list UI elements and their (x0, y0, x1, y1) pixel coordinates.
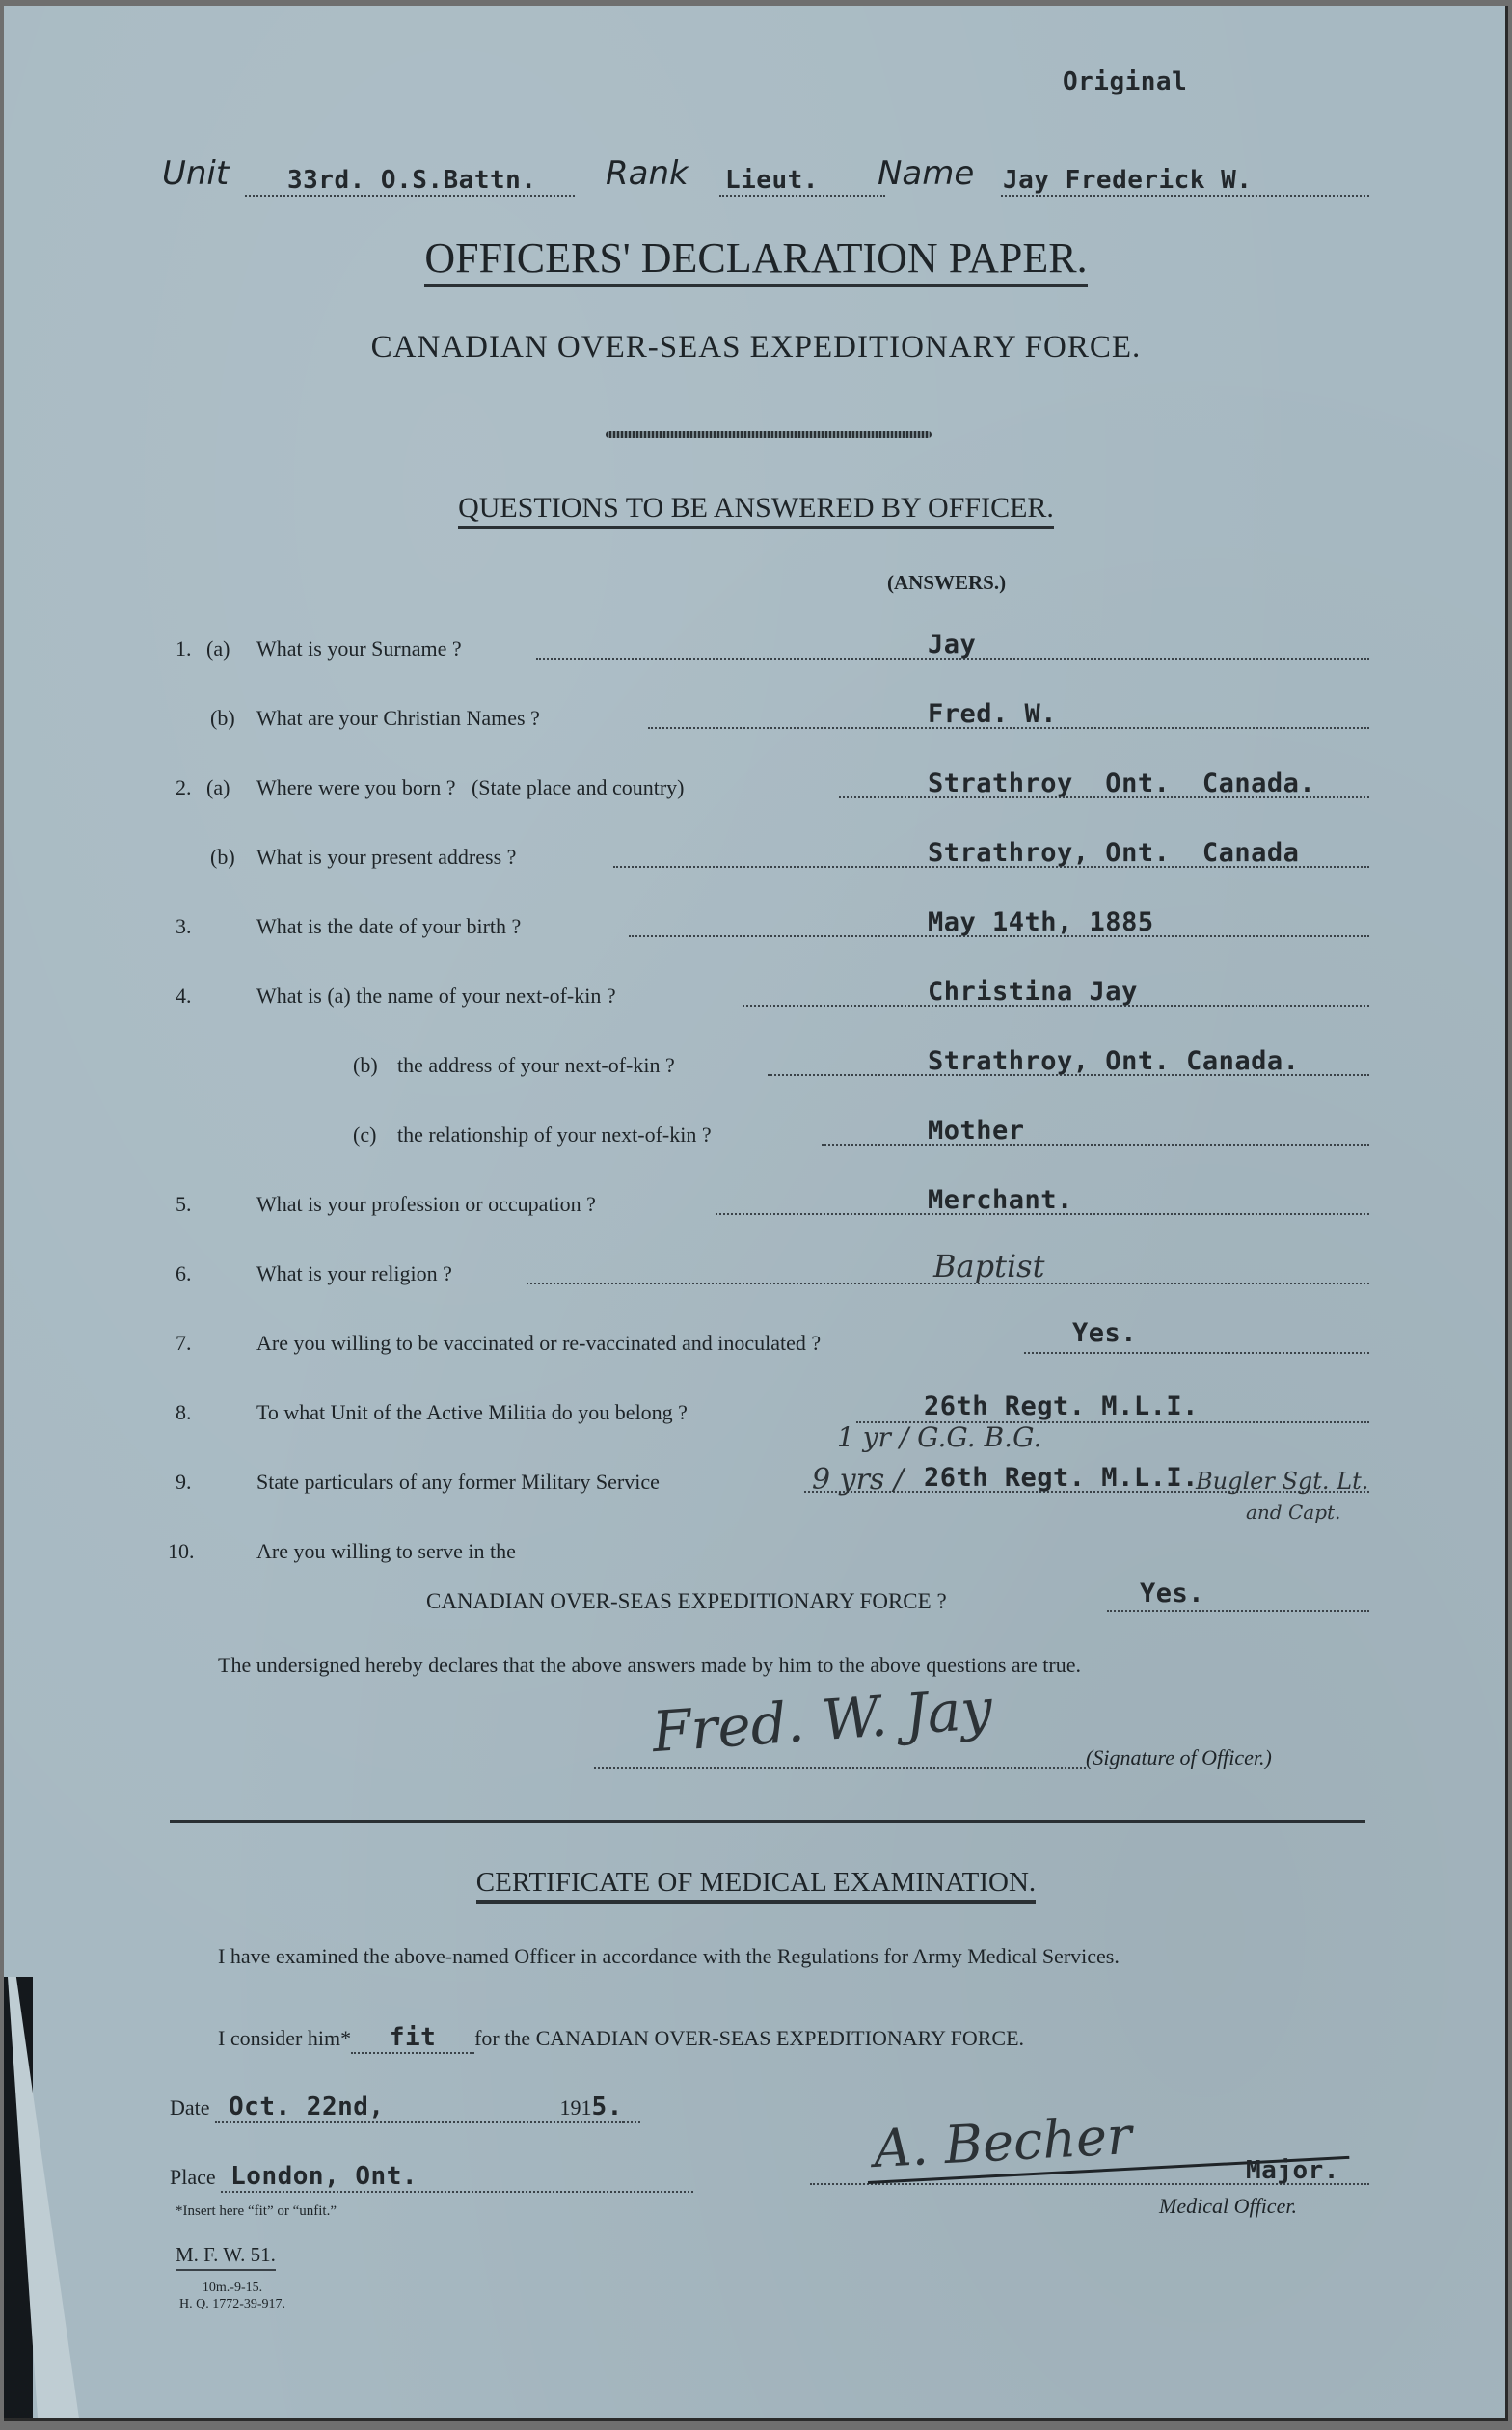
handwritten-below-note: and Capt. (1246, 1500, 1340, 1524)
question-row: 1. (a) What is your Surname ? Jay (0, 629, 1512, 667)
name-value: Jay Frederick W. (1003, 166, 1252, 195)
question-row: (c) the relationship of your next-of-kin… (0, 1115, 1512, 1153)
answer-vaccination: Yes. (1072, 1318, 1137, 1348)
answer-occupation: Merchant. (928, 1185, 1073, 1215)
handwritten-rank-note: Bugler Sgt. Lt. (1196, 1468, 1368, 1495)
answer-willing-to-serve: Yes. (1140, 1579, 1204, 1608)
medical-officer-label: Medical Officer. (1159, 2194, 1297, 2219)
page-subtitle: CANADIAN OVER-SEAS EXPEDITIONARY FORCE. (0, 330, 1512, 365)
question-row: 2. (a) Where were you born ? (State plac… (0, 768, 1512, 806)
question-row: CANADIAN OVER-SEAS EXPEDITIONARY FORCE ?… (0, 1581, 1512, 1620)
date-field: Date Oct. 22nd, 1915. (170, 2092, 640, 2123)
answer-birth-date: May 14th, 1885 (928, 907, 1154, 937)
form-code: M. F. W. 51. (175, 2243, 276, 2271)
question-row: (b) the address of your next-of-kin ? St… (0, 1045, 1512, 1084)
answer-surname: Jay (928, 630, 976, 660)
question-row: 8. To what Unit of the Active Militia do… (0, 1392, 1512, 1431)
place-field: Place London, Ont. (170, 2162, 693, 2193)
unit-value: 33rd. O.S.Battn. (287, 166, 536, 195)
question-row: 7. Are you willing to be vaccinated or r… (0, 1323, 1512, 1362)
question-row: 6. What is your religion ? Baptist (0, 1254, 1512, 1292)
question-row: 3. What is the date of your birth ? May … (0, 906, 1512, 945)
print-code: 10m.-9-15. H. Q. 1772-39-917. (179, 2280, 285, 2312)
question-row: 5. What is your profession or occupation… (0, 1184, 1512, 1223)
year-value: 5. (592, 2092, 640, 2123)
answer-birthplace: Strathroy Ont. Canada. (928, 769, 1315, 798)
answer-christian-names: Fred. W. (928, 699, 1057, 729)
answer-religion: Baptist (933, 1248, 1044, 1284)
header-fields: Unit 33rd. O.S.Battn. Rank Lieut. Name J… (162, 152, 1369, 197)
answers-label: (ANSWERS.) (887, 571, 1006, 595)
medical-officer-rank: Major. (1246, 2156, 1339, 2185)
decorative-rule (606, 431, 931, 438)
question-row: 4. What is (a) the name of your next-of-… (0, 976, 1512, 1014)
answer-present-address: Strathroy, Ont. Canada (928, 838, 1299, 868)
question-row: 10. Are you willing to serve in the (0, 1531, 1512, 1570)
handwritten-years-note: 9 yrs / (812, 1463, 904, 1497)
name-label: Name (877, 154, 974, 193)
copy-label: Original (1063, 67, 1187, 96)
rank-label: Rank (606, 154, 688, 193)
fitness-statement: I consider him*fitfor the CANADIAN OVER-… (218, 2023, 1024, 2054)
declaration-text: The undersigned hereby declares that the… (170, 1651, 1371, 1679)
medical-statement: I have examined the above-named Officer … (170, 1942, 1371, 1970)
answer-next-of-kin-address: Strathroy, Ont. Canada. (928, 1046, 1299, 1076)
answer-militia-unit: 26th Regt. M.L.I. (924, 1391, 1199, 1421)
fitness-value: fit (351, 2023, 474, 2054)
footnote: *Insert here “fit” or “unfit.” (175, 2203, 337, 2220)
question-row: (b) What are your Christian Names ? Fred… (0, 698, 1512, 737)
section-divider (170, 1820, 1365, 1823)
page-title: OFFICERS' DECLARATION PAPER. (0, 233, 1512, 283)
handwritten-above-note: 1 yr / G.G. B.G. (837, 1421, 1041, 1453)
medical-heading: CERTIFICATE OF MEDICAL EXAMINATION. (0, 1867, 1512, 1899)
rank-value: Lieut. (725, 166, 819, 195)
answer-next-of-kin-name: Christina Jay (928, 977, 1138, 1007)
answer-next-of-kin-relationship: Mother (928, 1116, 1025, 1146)
unit-label: Unit (162, 154, 229, 193)
signature-line (594, 1767, 1086, 1768)
question-row: (b) What is your present address ? Strat… (0, 837, 1512, 876)
answer-former-service: 26th Regt. M.L.I. (924, 1463, 1199, 1493)
signature-label: (Signature of Officer.) (1086, 1745, 1272, 1770)
questions-heading: QUESTIONS TO BE ANSWERED BY OFFICER. (0, 492, 1512, 525)
place-value: London, Ont. (221, 2162, 693, 2193)
question-row: 9. State particulars of any former Milit… (0, 1462, 1512, 1500)
